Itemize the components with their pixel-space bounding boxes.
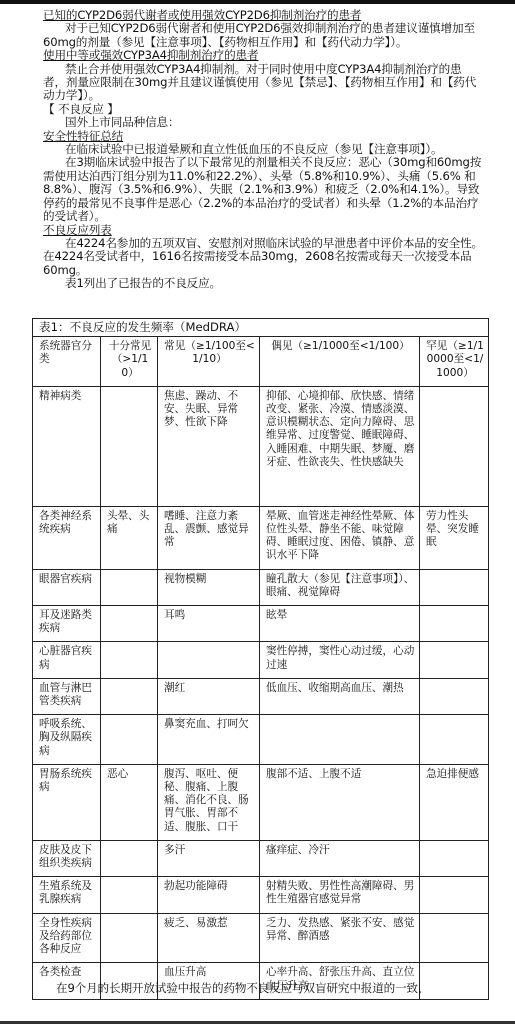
cell-soc: 全身性疾病及给药部位各种反应: [33, 913, 101, 963]
cell-rare: [420, 642, 489, 678]
table-header-row: 系统器官分类 十分常见（>1/10） 常见（≥1/100至<1/10） 偶见（≥…: [33, 337, 489, 387]
paragraph-table-intro: 表1列出了已报告的不良反应。: [43, 277, 483, 290]
cell-rare: [420, 678, 489, 714]
header-rare: 罕见（≥1/10000至<1/1000）: [420, 337, 489, 387]
cell-rare: [420, 877, 489, 913]
header-very-common: 十分常见（>1/10）: [101, 337, 158, 387]
cell-rare: [420, 569, 489, 605]
cell-uncommon: 晕厥、血管迷走神经性晕厥、体位性头晕、静坐不能、味觉障碍、睡眠过度、困倦、镇静、…: [260, 506, 420, 569]
table-row: 胃肠系统疾病 恶心 腹泻、呕吐、便秘、腹痛、上腹痛、消化不良、肠胃气胀、胃部不适…: [33, 764, 489, 840]
cell-rare: [420, 606, 489, 642]
cell-very-common: [101, 840, 158, 876]
cell-uncommon: 瘙痒症、冷汗: [260, 840, 420, 876]
paragraph-trial-population: 在4224名参加的五项双盲、安慰剂对照临床试验的早泄患者中评价本品的安全性。在4…: [43, 237, 483, 277]
table-row: 心脏器官疾病 窦性停搏，窦性心动过缓，心动过速: [33, 642, 489, 678]
paragraph-cyp3a4: 禁止合并使用强效CYP3A4抑制剂。对于同时使用中度CYP3A4抑制剂治疗的患者…: [43, 63, 483, 103]
subheading-reaction-list: 不良反应列表: [43, 224, 483, 237]
cell-uncommon: 眩晕: [260, 606, 420, 642]
cell-uncommon: 瞳孔散大（参见【注意事项】）、眼痛、视觉障碍: [260, 569, 420, 605]
cell-common: 耳鸣: [158, 606, 260, 642]
paragraph-common-reactions: 在3期临床试验中报告了以下最常见的剂量相关不良反应：恶心（30mg和60mg按需…: [43, 156, 483, 223]
cell-uncommon: 乏力、发热感、紧张不安、感觉异常、醉酒感: [260, 913, 420, 963]
cell-soc: 皮肤及皮下组织类疾病: [33, 840, 101, 876]
cell-soc: 胃肠系统疾病: [33, 764, 101, 840]
table-row: 耳及迷路类疾病 耳鸣 眩晕: [33, 606, 489, 642]
cell-common: 鼻窦充血、打呵欠: [158, 715, 260, 765]
document-body: 已知的CYP2D6弱代谢者或使用强效CYP2D6抑制剂治疗的患者 对于已知CYP…: [43, 9, 483, 291]
table-row: 血管与淋巴管类疾病 潮红 低血压、收缩期高血压、潮热: [33, 678, 489, 714]
footer-paragraph: 在9个月的长期开放试验中报告的药物不良反应与双盲研究中报道的一致，: [56, 982, 496, 995]
cell-very-common: [101, 642, 158, 678]
cell-rare: 劳力性头晕、突发睡眠: [420, 506, 489, 569]
table-row: 精神病类 焦虑、躁动、不安、失眠、异常梦、性欲下降 抑郁、心境抑郁、欣快感、情绪…: [33, 386, 489, 506]
cell-rare: [420, 386, 489, 506]
cell-common: 潮红: [158, 678, 260, 714]
cell-common: 勃起功能障碍: [158, 877, 260, 913]
cell-rare: [420, 840, 489, 876]
cell-very-common: [101, 606, 158, 642]
subheading-cyp3a4: 使用中等或强效CYP3A4抑制剂治疗的患者: [43, 49, 483, 62]
cell-soc: 精神病类: [33, 386, 101, 506]
cell-very-common: [101, 569, 158, 605]
cell-common: 疲乏、易激惹: [158, 913, 260, 963]
cell-very-common: [101, 386, 158, 506]
cell-uncommon: 窦性停搏，窦性心动过缓，心动过速: [260, 642, 420, 678]
cell-common: 腹泻、呕吐、便秘、腹痛、上腹痛、消化不良、肠胃气胀、胃部不适、腹胀、口干: [158, 764, 260, 840]
cell-very-common: 恶心: [101, 764, 158, 840]
subheading-cyp2d6: 已知的CYP2D6弱代谢者或使用强效CYP2D6抑制剂治疗的患者: [43, 9, 483, 22]
cell-very-common: [101, 715, 158, 765]
cell-rare: [420, 715, 489, 765]
cell-uncommon: [260, 715, 420, 765]
cell-common: 视物模糊: [158, 569, 260, 605]
cell-very-common: [101, 877, 158, 913]
cell-soc: 心脏器官疾病: [33, 642, 101, 678]
cell-soc: 呼吸系统、胸及纵隔疾病: [33, 715, 101, 765]
table-row: 生殖系统及乳腺疾病 勃起功能障碍 射精失败、男性性高潮障碍、男性生殖器官感觉异常: [33, 877, 489, 913]
cell-very-common: [101, 678, 158, 714]
table-row: 皮肤及皮下组织类疾病 多汗 瘙痒症、冷汗: [33, 840, 489, 876]
cell-soc: 耳及迷路类疾病: [33, 606, 101, 642]
top-border: [0, 0, 515, 4]
table-row: 呼吸系统、胸及纵隔疾病 鼻窦充血、打呵欠: [33, 715, 489, 765]
cell-very-common: [101, 913, 158, 963]
cell-rare: [420, 913, 489, 963]
cell-very-common: 头晕、头痛: [101, 506, 158, 569]
table-row: 各类神经系统疾病 头晕、头痛 嗜睡、注意力紊乱、震颤、感觉异常 晕厥、血管迷走神…: [33, 506, 489, 569]
cell-uncommon: 低血压、收缩期高血压、潮热: [260, 678, 420, 714]
cell-uncommon: 抑郁、心境抑郁、欣快感、情绪改变、紧张、冷漠、情感淡漠、意识模糊状态、定向力障碍…: [260, 386, 420, 506]
cell-soc: 血管与淋巴管类疾病: [33, 678, 101, 714]
table-row: 眼器官疾病 视物模糊 瞳孔散大（参见【注意事项】）、眼痛、视觉障碍: [33, 569, 489, 605]
table-row: 全身性疾病及给药部位各种反应 疲乏、易激惹 乏力、发热感、紧张不安、感觉异常、醉…: [33, 913, 489, 963]
cell-common: [158, 642, 260, 678]
header-common: 常见（≥1/100至<1/10）: [158, 337, 260, 387]
header-soc: 系统器官分类: [33, 337, 101, 387]
cell-common: 嗜睡、注意力紊乱、震颤、感觉异常: [158, 506, 260, 569]
table-caption: 表1：不良反应的发生频率（MedDRA）: [33, 319, 489, 337]
paragraph-foreign-info: 国外上市同品种信息：: [43, 116, 483, 129]
adverse-reaction-table: 表1：不良反应的发生频率（MedDRA） 系统器官分类 十分常见（>1/10） …: [32, 318, 489, 1000]
cell-soc: 眼器官疾病: [33, 569, 101, 605]
section-title-adverse-reactions: 【 不良反应 】: [43, 103, 483, 116]
paragraph-syncope: 在临床试验中已报道晕厥和直立性低血压的不良反应（参见【注意事项】）。: [43, 143, 483, 156]
cell-uncommon: 射精失败、男性性高潮障碍、男性生殖器官感觉异常: [260, 877, 420, 913]
cell-common: 焦虑、躁动、不安、失眠、异常梦、性欲下降: [158, 386, 260, 506]
cell-rare: 急迫排便感: [420, 764, 489, 840]
cell-uncommon: 腹部不适、上腹不适: [260, 764, 420, 840]
cell-soc: 生殖系统及乳腺疾病: [33, 877, 101, 913]
table-caption-row: 表1：不良反应的发生频率（MedDRA）: [33, 319, 489, 337]
cell-soc: 各类神经系统疾病: [33, 506, 101, 569]
header-uncommon: 偶见（≥1/1000至<1/100）: [260, 337, 420, 387]
paragraph-cyp2d6: 对于已知CYP2D6弱代谢者和使用CYP2D6强效抑制剂治疗的患者建议谨慎增加至…: [43, 22, 483, 49]
cell-common: 多汗: [158, 840, 260, 876]
subheading-safety-summary: 安全性特征总结: [43, 130, 483, 143]
